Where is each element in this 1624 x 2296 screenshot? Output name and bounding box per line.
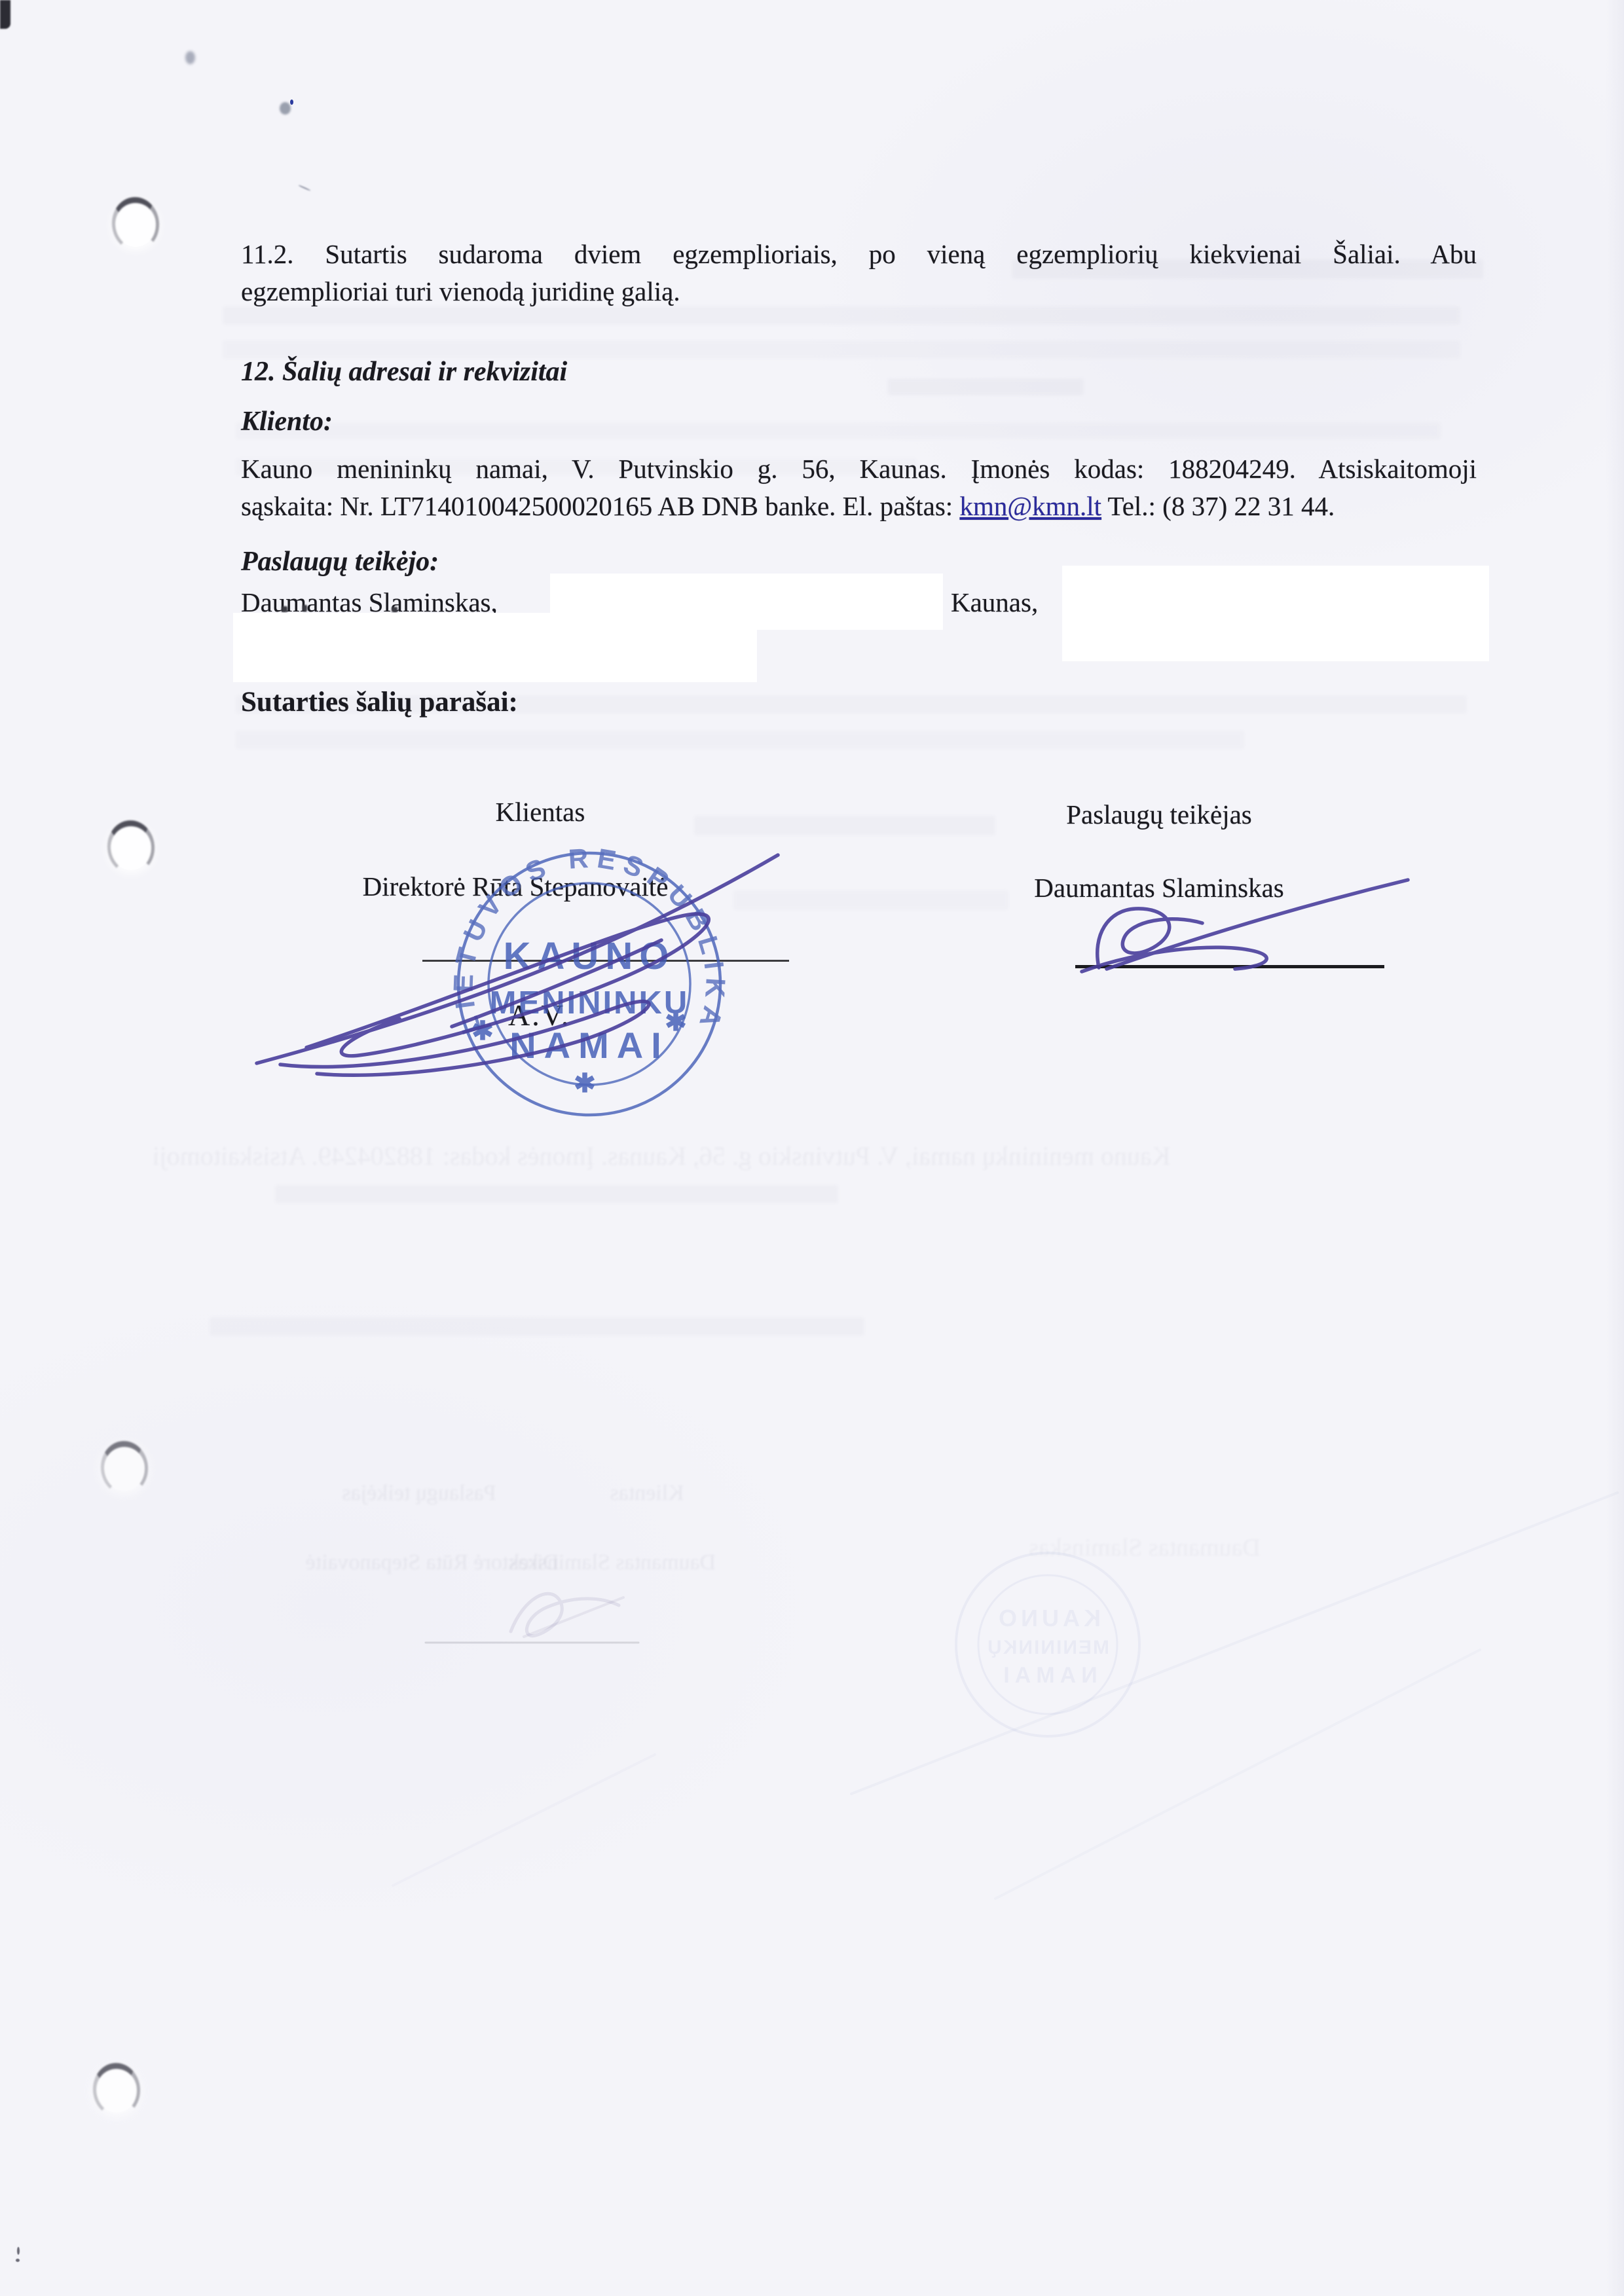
- signatures-heading: Sutarties šalių parašai:: [241, 683, 518, 721]
- corner-scan-artifact: [0, 0, 10, 29]
- client-info-line2-after: Tel.: (8 37) 22 31 44.: [1101, 491, 1335, 521]
- dust-speck: [185, 51, 195, 64]
- kauno-menininku-namai-stamp: LIETUVOS RESPUBLIKA KAUNO MENININKŲ NAMA…: [435, 830, 743, 1138]
- ghost-stamp: KAUNO MENININKŲ NAMAI: [956, 1553, 1139, 1736]
- text-remnant: [282, 606, 287, 612]
- stamp-star-right: ✱: [665, 1008, 687, 1036]
- stamp-line1: KAUNO: [504, 935, 676, 977]
- client-email-link[interactable]: kmn@kmn.lt: [959, 491, 1101, 521]
- ghost-signature: KAUNO MENININKŲ NAMAI: [0, 0, 1624, 2296]
- scanned-contract-page: Kauno menininkų namai, V. Putvinskio g. …: [0, 0, 1624, 2296]
- punch-hole-3: [101, 1441, 148, 1493]
- provider-city: Kaunas,: [951, 584, 1038, 621]
- ink-dot: [290, 100, 293, 105]
- svg-text:KAUNO: KAUNO: [995, 1605, 1101, 1631]
- stamp-star-left: ✱: [471, 1017, 494, 1046]
- section-12-heading: 12. Šalių adresai ir rekvizitai: [241, 354, 567, 391]
- text-remnant: [392, 607, 397, 612]
- client-col-header: Klientas: [496, 793, 585, 831]
- bleedthrough-layer: Kauno menininkų namai, V. Putvinskio g. …: [0, 0, 1624, 2296]
- redaction-box-3: [233, 613, 757, 682]
- stamp-line2: MENININKŲ: [490, 985, 690, 1021]
- paragraph-11-2-line1: 11.2. Sutartis sudaroma dviem egzemplior…: [241, 236, 1477, 273]
- punch-hole-2: [107, 820, 155, 873]
- provider-label: Paslaugų teikėjo:: [241, 543, 439, 581]
- punch-hole-4: [93, 2063, 140, 2115]
- client-label: Kliento:: [241, 403, 333, 441]
- fiber-speck: [280, 102, 291, 115]
- stamp-line3: NAMAI: [509, 1025, 669, 1066]
- svg-text:MENININKŲ: MENININKŲ: [986, 1637, 1109, 1658]
- bottom-left-mark: [17, 2247, 20, 2255]
- provider-col-header: Paslaugų teikėjas: [1066, 796, 1252, 833]
- paragraph-11-2-line2: egzemplioriai turi vienodą juridinę gali…: [241, 273, 680, 310]
- punch-hole-1: [112, 197, 159, 249]
- client-info-line2-before: sąskaita: Nr. LT714010042500020165 AB DN…: [241, 491, 959, 521]
- redaction-box-2: [1062, 566, 1489, 661]
- provider-signatory-name: Daumantas Slaminskas: [1034, 869, 1283, 907]
- client-info-line1: Kauno menininkų namai, V. Putvinskio g. …: [241, 450, 1477, 488]
- client-info-line2: sąskaita: Nr. LT714010042500020165 AB DN…: [241, 488, 1335, 525]
- stamp-star-bottom: ✱: [574, 1069, 596, 1098]
- bottom-left-mark: [16, 2259, 20, 2262]
- text-remnant: [303, 605, 307, 611]
- svg-text:NAMAI: NAMAI: [998, 1663, 1097, 1688]
- provider-signature-line: [1075, 965, 1384, 968]
